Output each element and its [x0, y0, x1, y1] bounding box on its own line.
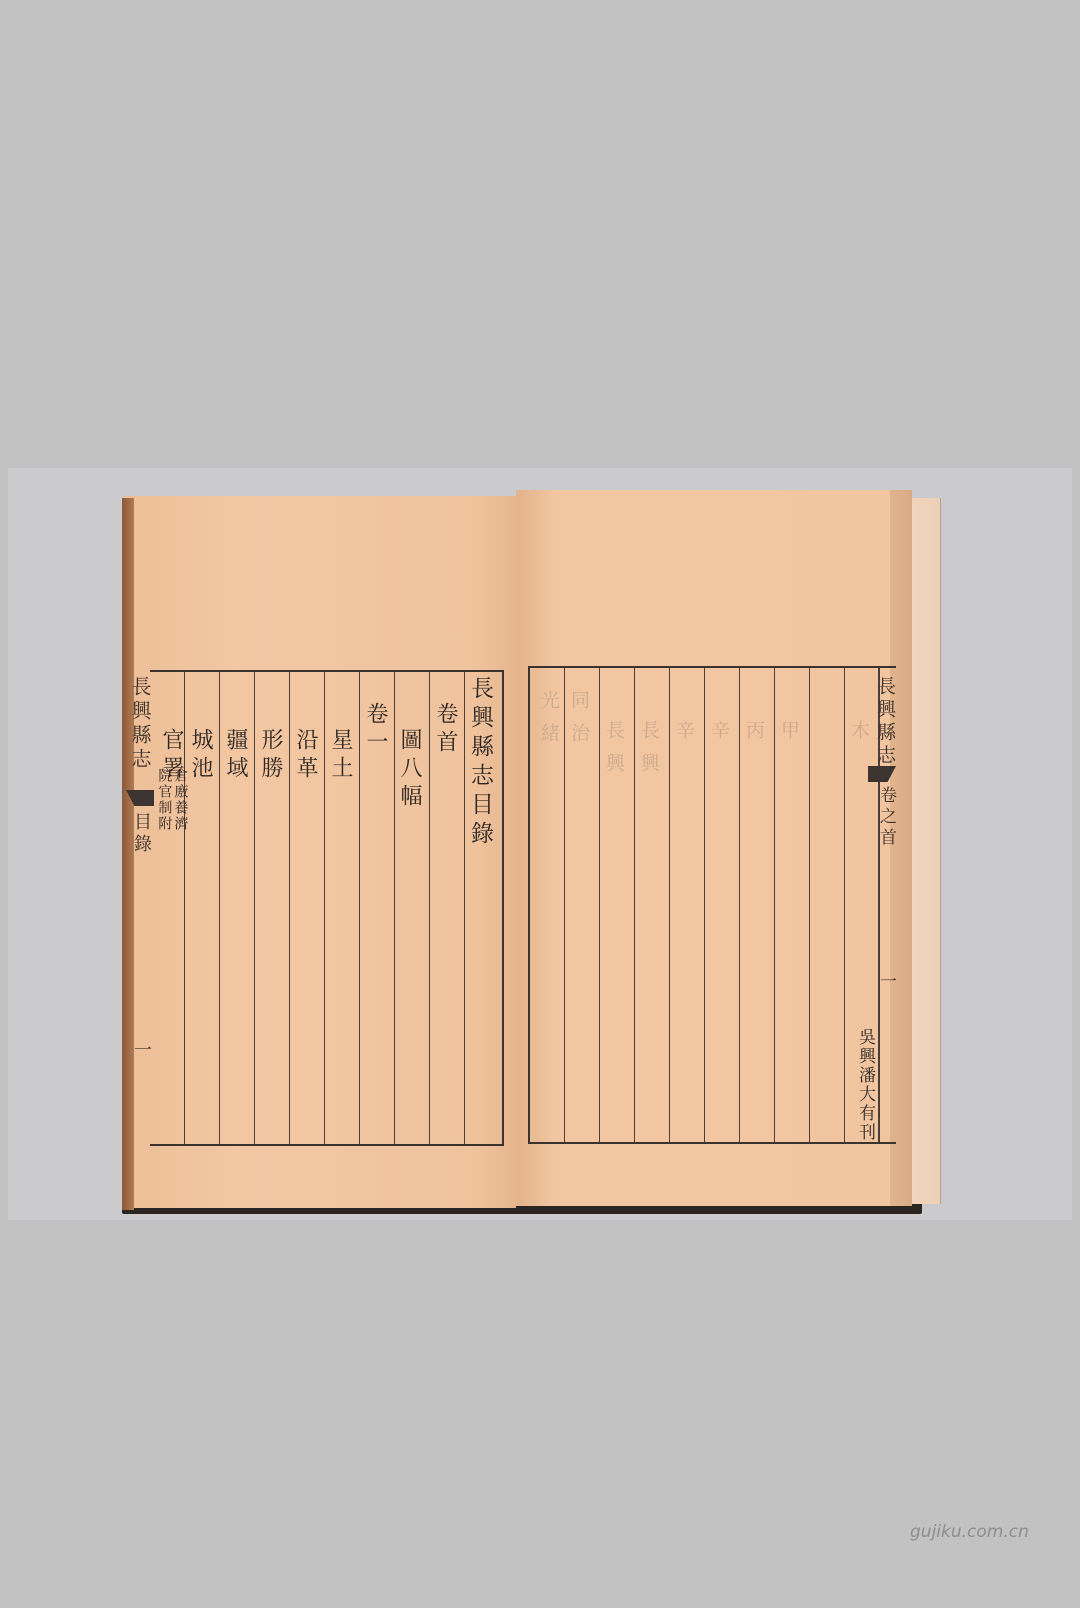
- bleed-through-text: 光緒: [536, 690, 563, 756]
- toc-entry-yange: 沿革: [294, 728, 316, 784]
- toc-entry-xingtu: 星土: [329, 728, 351, 784]
- right-margin-title: 長興縣志: [872, 676, 899, 768]
- column-rule: [254, 672, 255, 1144]
- bleed-through-text: 長興: [636, 720, 663, 786]
- column-rule: [394, 672, 395, 1144]
- toc-entry-xingsheng: 形勝: [259, 728, 281, 784]
- column-rule: [704, 668, 705, 1142]
- column-rule: [359, 672, 360, 1144]
- column-rule: [739, 668, 740, 1142]
- column-rule: [219, 672, 220, 1144]
- toc-title: 長興縣志目錄: [468, 676, 491, 850]
- bleed-through-text: 丙: [741, 720, 768, 753]
- column-rule: [844, 668, 845, 1142]
- column-rule: [464, 672, 465, 1144]
- bleed-through-text: 辛: [671, 720, 698, 753]
- watermark: gujiku.com.cn: [910, 1522, 1029, 1542]
- column-rule: [324, 672, 325, 1144]
- toc-note-col1: 倉廒養濟: [172, 768, 187, 832]
- column-rule: [289, 672, 290, 1144]
- right-margin-section: 卷之首: [874, 786, 899, 849]
- bleed-through-text: 長興: [601, 720, 628, 786]
- column-rule: [774, 668, 775, 1142]
- column-rule: [634, 668, 635, 1142]
- colophon: 吳興潘大有刊: [856, 1028, 873, 1142]
- column-rule: [669, 668, 670, 1142]
- bleed-through-text: 木: [846, 720, 873, 753]
- toc-entry-chengchi: 城池: [189, 728, 211, 784]
- right-page-edge: [912, 498, 941, 1204]
- bleed-through-text: 甲: [776, 720, 803, 753]
- column-rule: [184, 672, 185, 1144]
- toc-entry-juan1: 卷一: [364, 702, 386, 758]
- bleed-through-text: 同治: [566, 690, 593, 756]
- column-rule: [429, 672, 430, 1144]
- column-rule: [564, 668, 565, 1142]
- toc-entry-maps: 圖八幅: [398, 728, 420, 812]
- bleed-through-text: 辛: [706, 720, 733, 753]
- right-margin-page: 一: [874, 972, 899, 993]
- toc-entry-juanshou: 卷首: [434, 702, 456, 758]
- toc-entry-jiangyu: 疆域: [224, 728, 246, 784]
- column-rule: [599, 668, 600, 1142]
- toc-note-col2: 院官制附: [156, 768, 171, 832]
- column-rule: [809, 668, 810, 1142]
